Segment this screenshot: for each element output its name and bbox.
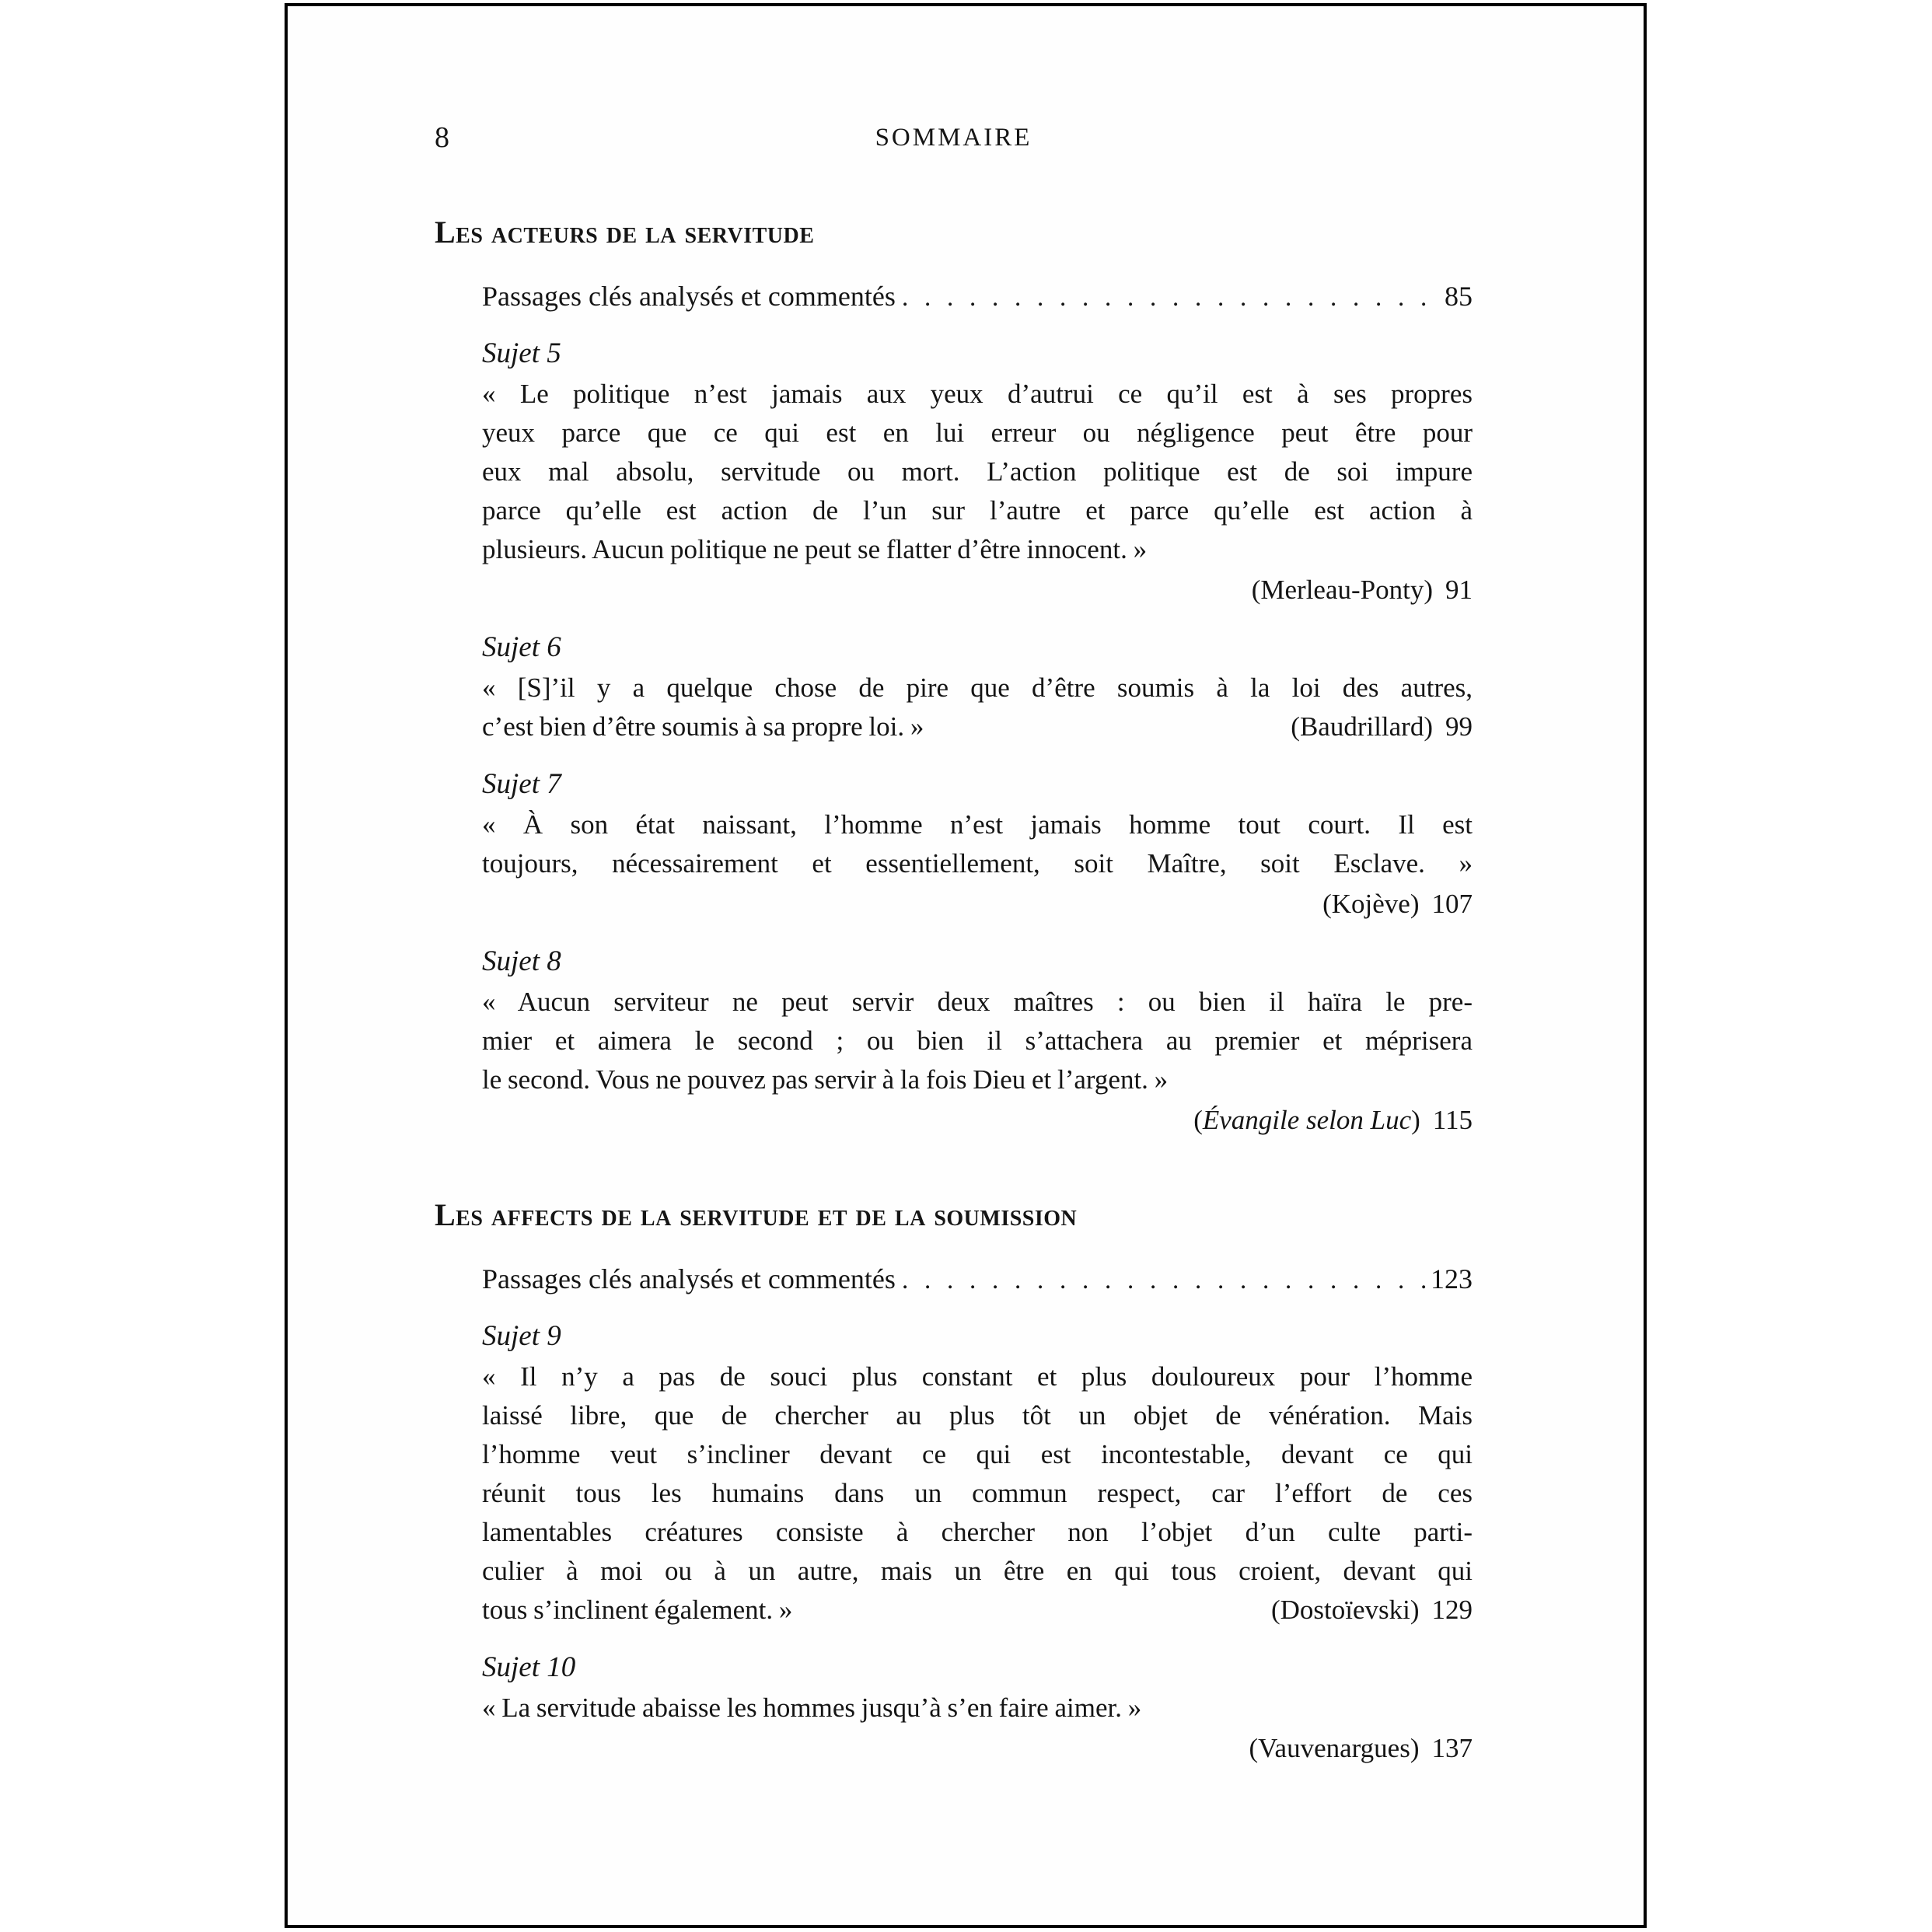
attribution-name: Évangile selon Luc	[1203, 1105, 1411, 1135]
quote-line: « Il n’y a pas de souci plus constant et…	[482, 1357, 1473, 1396]
attribution-line: (Merleau-Ponty)91	[435, 571, 1473, 610]
quote-block: « Il n’y a pas de souci plus constant et…	[435, 1357, 1473, 1630]
attribution-page-number: 115	[1433, 1105, 1473, 1135]
attribution-name: Kojève	[1332, 889, 1410, 919]
toc-entry-page-number: 85	[1445, 277, 1473, 316]
dot-leader: . . . . . . . . . . . . . . . . . . . . …	[902, 1261, 1427, 1300]
attribution: (Vauvenargues)137	[1249, 1733, 1473, 1763]
quote-line: eux mal absolu, servitude ou mort. L’act…	[482, 452, 1473, 491]
running-title: SOMMAIRE	[435, 118, 1473, 157]
subject-title: Sujet 5	[435, 334, 1473, 373]
attribution-line: (Vauvenargues)137	[435, 1729, 1473, 1768]
quote-line-text: tous s’inclinent également. »	[482, 1591, 792, 1630]
section-heading: Les affects de la servitude et de la sou…	[435, 1196, 1473, 1235]
quote-line: plusieurs. Aucun politique ne peut se fl…	[482, 530, 1473, 569]
subject-title: Sujet 8	[435, 942, 1473, 981]
subject-title: Sujet 10	[435, 1648, 1473, 1687]
attribution-paren-close: )	[1424, 575, 1433, 605]
page-border-frame: 8 SOMMAIRE Les acteurs de la servitudePa…	[285, 3, 1647, 1928]
quote-block: « [S]’il y a quelque chose de pire que d…	[435, 669, 1473, 746]
page-header: 8 SOMMAIRE	[435, 118, 1473, 157]
page-content: 8 SOMMAIRE Les acteurs de la servitudePa…	[435, 6, 1473, 1768]
toc-entry-label: Passages clés analysés et commentés	[482, 277, 896, 316]
scanned-book-page: 8 SOMMAIRE Les acteurs de la servitudePa…	[0, 0, 1932, 1932]
quote-line: « À son état naissant, l’homme n’est jam…	[482, 805, 1473, 844]
attribution-name: Baudrillard	[1300, 711, 1424, 742]
attribution: (Merleau-Ponty)91	[1252, 575, 1473, 605]
attribution-paren-close: )	[1410, 1733, 1420, 1763]
attribution-page-number: 99	[1445, 711, 1473, 742]
subject-title: Sujet 9	[435, 1317, 1473, 1356]
quote-line: culier à moi ou à un autre, mais un être…	[482, 1552, 1473, 1591]
attribution-line: (Kojève)107	[435, 885, 1473, 924]
attribution-page-number: 107	[1432, 889, 1473, 919]
attribution-name: Merleau-Ponty	[1260, 575, 1424, 605]
quote-line: réunit tous les humains dans un commun r…	[482, 1474, 1473, 1513]
attribution-paren-close: )	[1410, 889, 1420, 919]
attribution: (Évangile selon Luc)115	[1193, 1105, 1473, 1135]
attribution-page-number: 91	[1445, 575, 1473, 605]
quote-line: parce qu’elle est action de l’un sur l’a…	[482, 491, 1473, 530]
quote-line-text: c’est bien d’être soumis à sa propre loi…	[482, 707, 924, 746]
quote-line: mier et aimera le second ; ou bien il s’…	[482, 1022, 1473, 1060]
quote-last-line-with-attribution: c’est bien d’être soumis à sa propre loi…	[482, 707, 1473, 746]
subject-title: Sujet 7	[435, 765, 1473, 804]
attribution-paren-close: )	[1411, 1105, 1420, 1135]
attribution: (Dostoïevski)129	[1271, 1591, 1473, 1630]
quote-line: « La servitude abaisse les hommes jusqu’…	[482, 1689, 1473, 1728]
attribution-name: Vauvenargues	[1258, 1733, 1410, 1763]
dot-leader: . . . . . . . . . . . . . . . . . . . . …	[902, 278, 1441, 317]
attribution-paren-close: )	[1424, 711, 1433, 742]
toc-entry: Passages clés analysés et commentés. . .…	[435, 1259, 1473, 1298]
attribution-paren-open: (	[1249, 1733, 1259, 1763]
quote-line: « [S]’il y a quelque chose de pire que d…	[482, 669, 1473, 707]
section-heading: Les acteurs de la servitude	[435, 213, 1473, 252]
quote-line: toujours, nécessairement et essentiellem…	[482, 844, 1473, 883]
attribution-paren-open: (	[1291, 711, 1300, 742]
quote-block: « À son état naissant, l’homme n’est jam…	[435, 805, 1473, 883]
toc-entry-label: Passages clés analysés et commentés	[482, 1259, 896, 1298]
attribution: (Baudrillard)99	[1291, 707, 1473, 746]
attribution-page-number: 129	[1432, 1595, 1473, 1625]
attribution-paren-open: (	[1271, 1595, 1280, 1625]
quote-line: « Aucun serviteur ne peut servir deux ma…	[482, 983, 1473, 1022]
quote-block: « Le politique n’est jamais aux yeux d’a…	[435, 375, 1473, 569]
quote-line: yeux parce que ce qui est en lui erreur …	[482, 414, 1473, 452]
attribution: (Kojève)107	[1322, 889, 1473, 919]
attribution-line: (Évangile selon Luc)115	[435, 1101, 1473, 1140]
attribution-paren-open: (	[1193, 1105, 1203, 1135]
attribution-paren-open: (	[1322, 889, 1332, 919]
quote-line: le second. Vous ne pouvez pas servir à l…	[482, 1060, 1473, 1099]
attribution-name: Dostoïevski	[1280, 1595, 1410, 1625]
quote-line: l’homme veut s’incliner devant ce qui es…	[482, 1435, 1473, 1474]
toc-entry-page-number: 123	[1431, 1259, 1473, 1298]
toc-sections: Les acteurs de la servitudePassages clés…	[435, 213, 1473, 1768]
attribution-paren-open: (	[1252, 575, 1261, 605]
quote-line: « Le politique n’est jamais aux yeux d’a…	[482, 375, 1473, 414]
toc-entry: Passages clés analysés et commentés. . .…	[435, 277, 1473, 316]
subject-title: Sujet 6	[435, 628, 1473, 667]
quote-block: « Aucun serviteur ne peut servir deux ma…	[435, 983, 1473, 1099]
attribution-paren-close: )	[1410, 1595, 1420, 1625]
quote-block: « La servitude abaisse les hommes jusqu’…	[435, 1689, 1473, 1728]
attribution-page-number: 137	[1432, 1733, 1473, 1763]
quote-line: lamentables créatures consiste à cherche…	[482, 1513, 1473, 1552]
quote-line: laissé libre, que de chercher au plus tô…	[482, 1396, 1473, 1435]
quote-last-line-with-attribution: tous s’inclinent également. »(Dostoïevsk…	[482, 1591, 1473, 1630]
